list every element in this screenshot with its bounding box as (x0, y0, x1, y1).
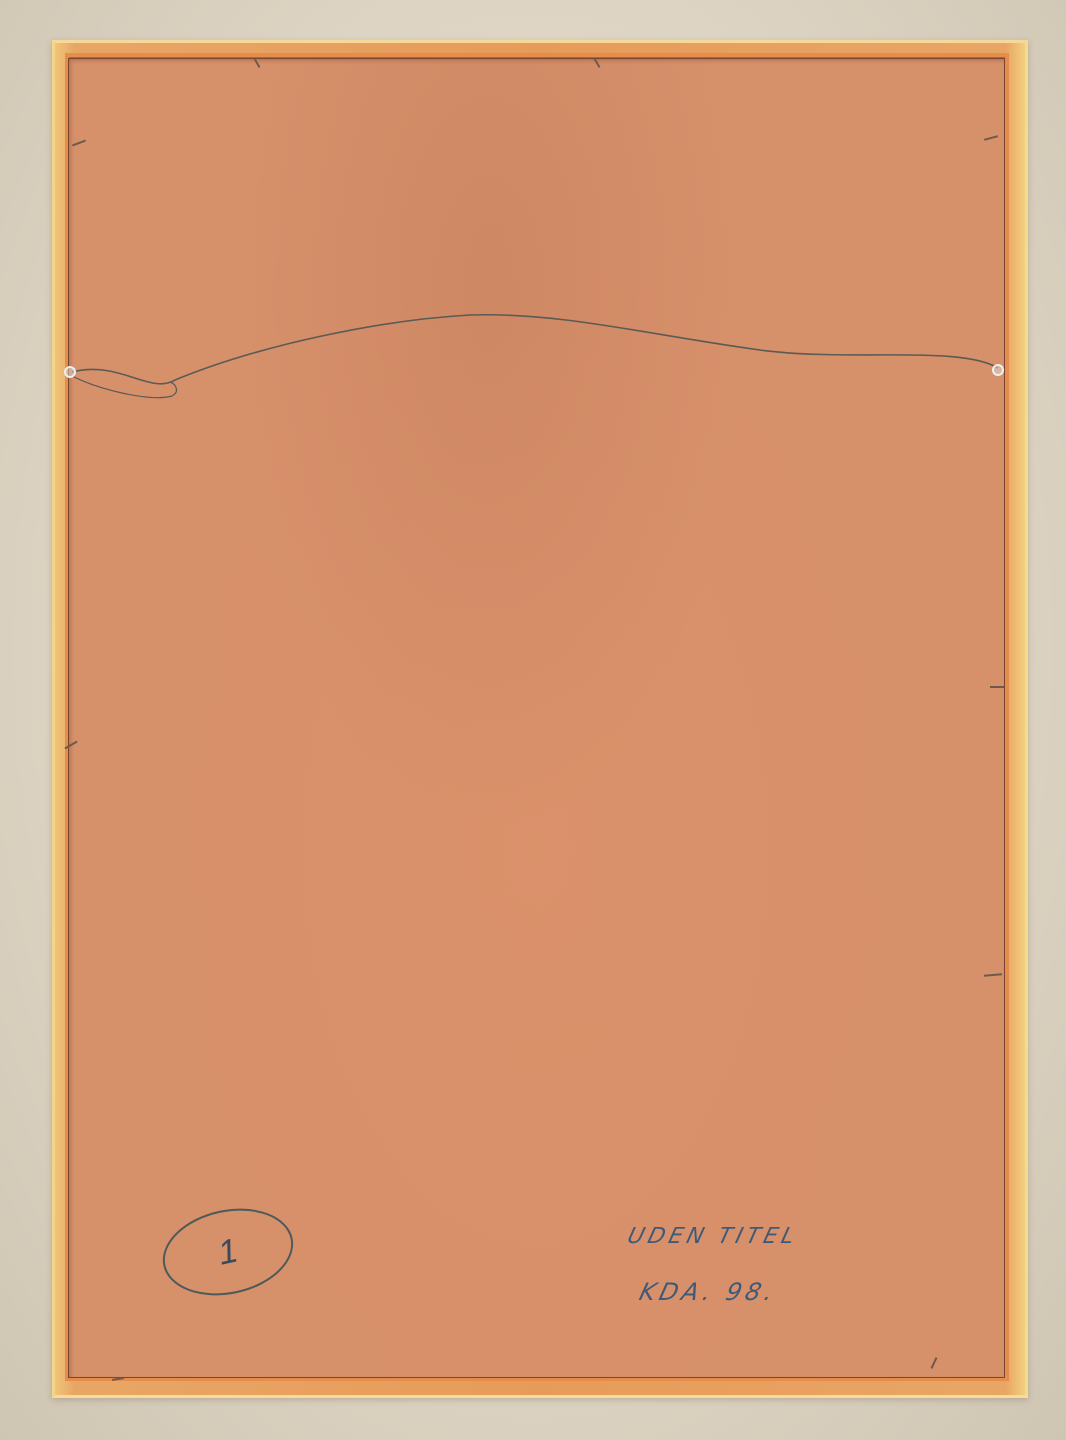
inscription-signature: KDA. 98. (637, 1278, 780, 1306)
circled-number-text: 1 (215, 1231, 242, 1273)
hanging-hook-left (64, 366, 76, 378)
staple (990, 686, 1004, 688)
hanging-hook-right (992, 364, 1004, 376)
hardboard-backing (68, 58, 1005, 1378)
inscription-title: UDEN TITEL (625, 1224, 801, 1249)
